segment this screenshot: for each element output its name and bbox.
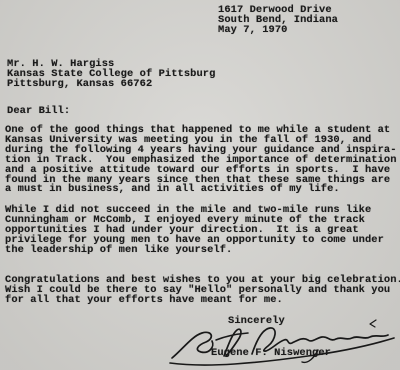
signature-area <box>168 316 396 370</box>
body-paragraph-3: Congratulations and best wishes to you a… <box>5 276 400 306</box>
body-line: for all that your efforts have meant for… <box>5 296 400 306</box>
salutation: Dear Bill: <box>7 107 70 117</box>
body-line: the leadership of men like yourself. <box>5 246 384 256</box>
letter-page: 1617 Derwood Drive South Bend, Indiana M… <box>0 0 400 370</box>
signature-scrawl-icon <box>168 316 396 370</box>
body-line: a must in business, and in all activitie… <box>5 185 397 195</box>
typed-signature-name: Eugene F. Niswenger <box>211 349 331 359</box>
letter-date: May 7, 1970 <box>218 26 338 36</box>
recipient-line: Pittsburg, Kansas 66762 <box>7 80 215 90</box>
pen-mark-icon <box>370 320 376 327</box>
recipient-address-block: Mr. H. W. Hargiss Kansas State College o… <box>7 60 215 90</box>
body-paragraph-1: One of the good things that happened to … <box>5 126 397 195</box>
body-paragraph-2: While I did not succeed in the mile and … <box>5 206 384 256</box>
return-address-block: 1617 Derwood Drive South Bend, Indiana M… <box>218 6 338 36</box>
